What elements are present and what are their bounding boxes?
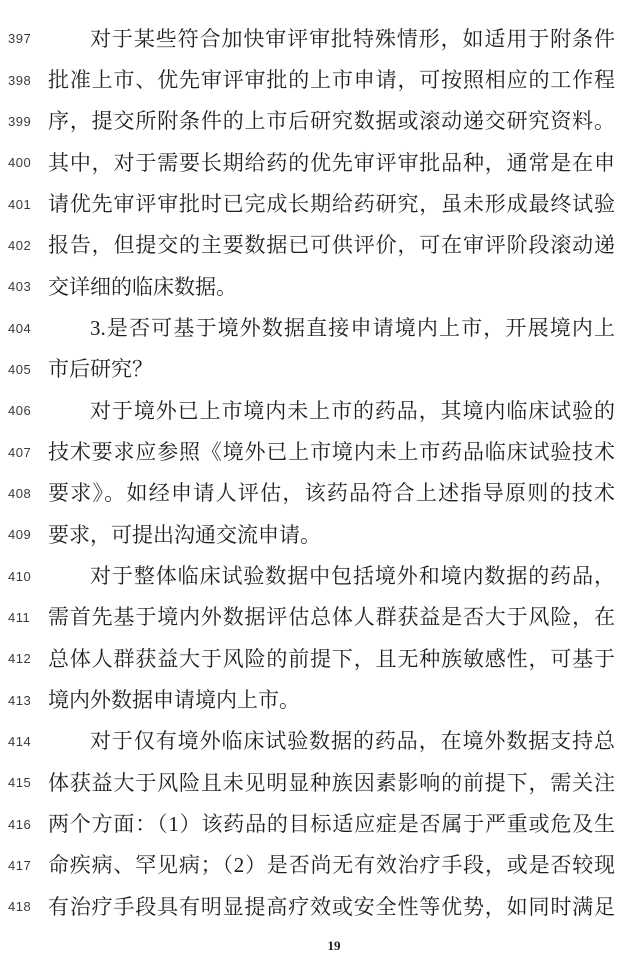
text-line: 412 总体人群获益大于风险的前提下，且无种族敏感性，可基于 [8,638,615,679]
line-number: 403 [8,279,48,294]
line-number: 409 [8,527,48,542]
line-text: 要求，可提出沟通交流申请。 [48,522,615,548]
line-list: 397 对于某些符合加快审评审批特殊情形，如适用于附条件 398 批准上市、优先… [0,0,632,928]
line-number: 413 [8,693,48,708]
line-text: 对于某些符合加快审评审批特殊情形，如适用于附条件 [48,26,615,52]
line-number: 398 [8,73,48,88]
text-line: 406 对于境外已上市境内未上市的药品，其境内临床试验的 [8,390,615,431]
line-text: 需首先基于境内外数据评估总体人群获益是否大于风险，在 [48,604,615,630]
line-text: 市后研究？ [48,356,615,382]
line-number: 415 [8,775,48,790]
text-line: 416 两个方面：（1）该药品的目标适应症是否属于严重或危及生 [8,804,615,845]
text-line: 411 需首先基于境内外数据评估总体人群获益是否大于风险，在 [8,597,615,638]
line-text: 其中，对于需要长期给药的优先审评审批品种，通常是在申 [48,150,615,176]
page-footer: 19 [0,937,632,955]
line-text: 对于境外已上市境内未上市的药品，其境内临床试验的 [48,398,615,424]
line-text: 体获益大于风险且未见明显种族因素影响的前提下，需关注 [48,770,615,796]
line-text: 批准上市、优先审评审批的上市申请，可按照相应的工作程 [48,67,615,93]
line-number: 407 [8,445,48,460]
line-number: 401 [8,197,48,212]
line-number: 416 [8,817,48,832]
line-text: 要求》。如经申请人评估，该药品符合上述指导原则的技术 [48,480,615,506]
text-line: 400 其中，对于需要长期给药的优先审评审批品种，通常是在申 [8,142,615,183]
text-line: 404 3.是否可基于境外数据直接申请境内上市，开展境内上 [8,307,615,348]
text-line: 402 报告，但提交的主要数据已可供评价，可在审评阶段滚动递 [8,225,615,266]
line-number: 399 [8,114,48,129]
line-text: 报告，但提交的主要数据已可供评价，可在审评阶段滚动递 [48,232,615,258]
line-text: 技术要求应参照《境外已上市境内未上市药品临床试验技术 [48,439,615,465]
line-text: 对于整体临床试验数据中包括境外和境内数据的药品， [48,563,615,589]
text-line: 407 技术要求应参照《境外已上市境内未上市药品临床试验技术 [8,431,615,472]
line-text: 总体人群获益大于风险的前提下，且无种族敏感性，可基于 [48,646,615,672]
text-line: 397 对于某些符合加快审评审批特殊情形，如适用于附条件 [8,18,615,59]
line-number: 410 [8,569,48,584]
text-line: 398 批准上市、优先审评审批的上市申请，可按照相应的工作程 [8,59,615,100]
text-line: 418 有治疗手段具有明显提高疗效或安全性等优势，如同时满足 [8,886,615,927]
line-text: 对于仅有境外临床试验数据的药品，在境外数据支持总 [48,728,615,754]
page-number: 19 [328,938,341,954]
text-line: 403 交详细的临床数据。 [8,266,615,307]
text-line: 405 市后研究？ [8,349,615,390]
text-line: 417 命疾病、罕见病；（2）是否尚无有效治疗手段，或是否较现 [8,845,615,886]
line-number: 405 [8,362,48,377]
text-line: 409 要求，可提出沟通交流申请。 [8,514,615,555]
document-page: 397 对于某些符合加快审评审批特殊情形，如适用于附条件 398 批准上市、优先… [0,0,632,968]
line-number: 414 [8,734,48,749]
line-text: 3.是否可基于境外数据直接申请境内上市，开展境内上 [48,315,615,341]
text-line: 414 对于仅有境外临床试验数据的药品，在境外数据支持总 [8,721,615,762]
line-number: 406 [8,403,48,418]
line-text: 序，提交所附条件的上市后研究数据或滚动递交研究资料。 [48,108,615,134]
line-number: 408 [8,486,48,501]
text-line: 413 境内外数据申请境内上市。 [8,680,615,721]
text-line: 401 请优先审评审批时已完成长期给药研究，虽未形成最终试验 [8,183,615,224]
line-number: 412 [8,651,48,666]
text-line: 399 序，提交所附条件的上市后研究数据或滚动递交研究资料。 [8,101,615,142]
line-number: 402 [8,238,48,253]
text-line: 415 体获益大于风险且未见明显种族因素影响的前提下，需关注 [8,762,615,803]
line-text: 请优先审评审批时已完成长期给药研究，虽未形成最终试验 [48,191,615,217]
line-number: 404 [8,321,48,336]
text-line: 408 要求》。如经申请人评估，该药品符合上述指导原则的技术 [8,473,615,514]
line-text: 有治疗手段具有明显提高疗效或安全性等优势，如同时满足 [48,894,615,920]
line-text: 境内外数据申请境内上市。 [48,687,615,713]
line-number: 411 [8,610,48,625]
line-number: 400 [8,155,48,170]
text-line: 410 对于整体临床试验数据中包括境外和境内数据的药品， [8,555,615,596]
line-number: 418 [8,899,48,914]
line-text: 两个方面：（1）该药品的目标适应症是否属于严重或危及生 [48,811,615,837]
line-number: 417 [8,858,48,873]
line-number: 397 [8,31,48,46]
line-text: 命疾病、罕见病；（2）是否尚无有效治疗手段，或是否较现 [48,852,615,878]
line-text: 交详细的临床数据。 [48,274,615,300]
